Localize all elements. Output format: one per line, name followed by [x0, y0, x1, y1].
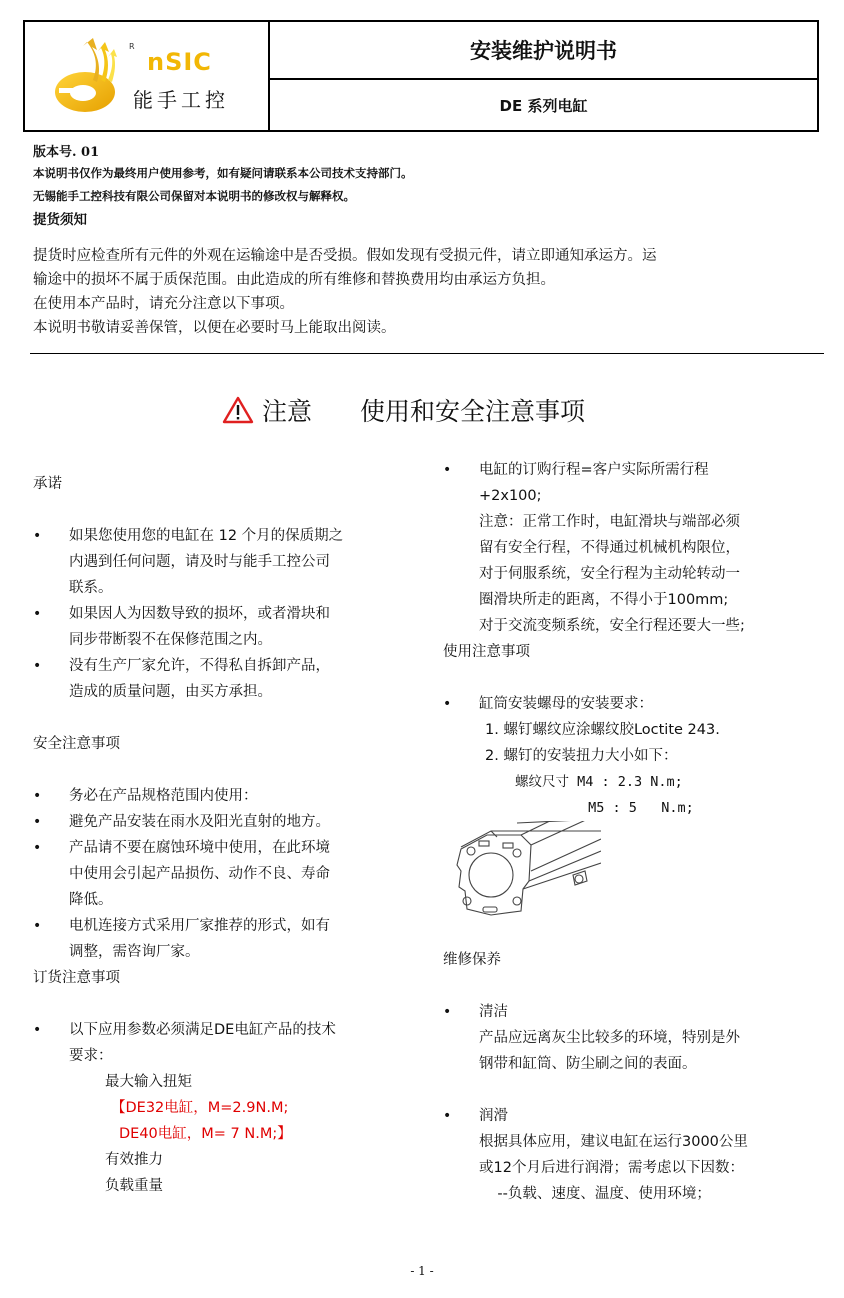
- rights-notice: 无锡能手工控科技有限公司保留对本说明书的修改权与解释权。: [33, 188, 355, 204]
- item-line: 电缸的订购行程=客户实际所需行程: [479, 457, 833, 483]
- section-divider: [30, 353, 824, 354]
- item-line: 要求：: [69, 1043, 403, 1069]
- list-item: • 如果因人为因数导致的损坏，或者滑块和 同步带断裂不在保修范围之内。: [33, 601, 403, 653]
- list-item: • 没有生产厂家允许，不得私自拆卸产品， 造成的质量问题，由买方承担。: [33, 653, 403, 705]
- bullet-icon: •: [443, 691, 451, 717]
- item-line: 产品应远离灰尘比较多的环境，特别是外: [479, 1025, 833, 1051]
- warning-triangle-icon: [222, 396, 254, 424]
- bullet-icon: •: [33, 835, 41, 861]
- torque-row-m5: M5 : 5 N.m;: [479, 795, 833, 821]
- item-line: 务必在产品规格范围内使用：: [69, 783, 403, 809]
- list-item: • 润滑 根据具体应用，建议电缸在运行3000公里 或12个月后进行润滑；需考虑…: [443, 1103, 833, 1207]
- brand-chinese-name: 能手工控: [133, 84, 229, 113]
- item-line: 钢带和缸筒、防尘刷之间的表面。: [479, 1051, 833, 1077]
- item-line: 造成的质量问题，由买方承担。: [69, 679, 403, 705]
- bullet-icon: •: [33, 1017, 41, 1043]
- item-line: 没有生产厂家允许，不得私自拆卸产品，: [69, 653, 403, 679]
- item-line: 以下应用参数必须满足DE电缸产品的技术: [69, 1017, 403, 1043]
- document-subtitle: DE 系列电缸: [270, 80, 817, 130]
- torque-row-m4: 螺纹尺寸 M4 : 2.3 N.m;: [479, 769, 833, 795]
- safety-heading: 安全注意事项: [33, 731, 403, 757]
- list-item: • 以下应用参数必须满足DE电缸产品的技术 要求：: [33, 1017, 403, 1069]
- bullet-icon: •: [443, 1103, 451, 1129]
- item-line: 避免产品安装在雨水及阳光直射的地方。: [69, 809, 403, 835]
- item-line: 对于伺服系统，安全行程为主动轮转动一: [479, 561, 833, 587]
- list-item: • 产品请不要在腐蚀环境中使用，在此环境 中使用会引起产品损伤、动作不良、寿命 …: [33, 835, 403, 913]
- logo-cell: R nSIC 能手工控: [25, 22, 270, 130]
- document-title: 安装维护说明书: [270, 22, 817, 80]
- pickup-line: 本说明书敬请妥善保管，以便在必要时马上能取出阅读。: [33, 316, 823, 340]
- item-line: 或12个月后进行润滑；需考虑以下因数：: [479, 1155, 833, 1181]
- torque-value-de32: 【DE32电缸，M=2.9N.M;: [33, 1095, 403, 1121]
- brand-logo-text: nSIC: [147, 48, 212, 76]
- pickup-line: 输途中的损坏不属于质保范围。由此造成的所有维修和替换费用均由承运方负担。: [33, 268, 823, 292]
- bullet-icon: •: [33, 601, 41, 627]
- maintenance-heading: 维修保养: [443, 947, 833, 973]
- item-line: 缸筒安装螺母的安装要求：: [479, 691, 833, 717]
- bullet-icon: •: [33, 913, 41, 939]
- item-line: 如果因人为因数导致的损坏，或者滑块和: [69, 601, 403, 627]
- item-title: 润滑: [479, 1103, 833, 1129]
- logo-mark-icon: [53, 36, 133, 116]
- item-line: --负载、速度、温度、使用环境；: [479, 1181, 833, 1207]
- item-line: 根据具体应用，建议电缸在运行3000公里: [479, 1129, 833, 1155]
- pickup-line: 在使用本产品时，请充分注意以下事项。: [33, 292, 823, 316]
- left-column: 承诺 • 如果您使用您的电缸在 12 个月的保质期之 内遇到任何问题，请及时与能…: [33, 471, 403, 1199]
- right-column: • 电缸的订购行程=客户实际所需行程 +2x100; 注意：正常工作时，电缸滑块…: [443, 457, 833, 1207]
- bullet-icon: •: [33, 783, 41, 809]
- item-line: 内遇到任何问题，请及时与能手工控公司: [69, 549, 403, 575]
- max-torque-label: 最大输入扭矩: [33, 1069, 403, 1095]
- caution-label: 注意: [262, 392, 312, 428]
- item-line: 同步带断裂不在保修范围之内。: [69, 627, 403, 653]
- bullet-icon: •: [33, 653, 41, 679]
- list-item: • 缸筒安装螺母的安装要求： 1. 螺钉螺纹应涂螺纹胶Loctite 243. …: [443, 691, 833, 821]
- usage-notice: 本说明书仅作为最终用户使用参考，如有疑问请联系本公司技术支持部门。: [33, 165, 413, 181]
- item-line: 电机连接方式采用厂家推荐的形式，如有: [69, 913, 403, 939]
- header-table: R nSIC 能手工控 安装维护说明书 DE 系列电缸: [23, 20, 819, 132]
- item-title: 清洁: [479, 999, 833, 1025]
- pickup-heading: 提货须知: [33, 208, 87, 228]
- item-line: 如果您使用您的电缸在 12 个月的保质期之: [69, 523, 403, 549]
- caution-heading: 注意 使用和安全注意事项: [222, 392, 585, 428]
- torque-value-de40: DE40电缸，M= 7 N.M;】: [33, 1121, 403, 1147]
- promise-heading: 承诺: [33, 471, 403, 497]
- list-item: • 如果您使用您的电缸在 12 个月的保质期之 内遇到任何问题，请及时与能手工控…: [33, 523, 403, 601]
- bullet-icon: •: [443, 457, 451, 483]
- usage-heading: 使用注意事项: [443, 639, 833, 665]
- item-line: 中使用会引起产品损伤、动作不良、寿命: [69, 861, 403, 887]
- caution-title: 使用和安全注意事项: [360, 392, 585, 428]
- registered-mark: R: [129, 42, 135, 51]
- item-line: 调整，需咨询厂家。: [69, 939, 403, 965]
- list-item: • 电缸的订购行程=客户实际所需行程 +2x100; 注意：正常工作时，电缸滑块…: [443, 457, 833, 639]
- list-item: • 清洁 产品应远离灰尘比较多的环境，特别是外 钢带和缸筒、防尘刷之间的表面。: [443, 999, 833, 1077]
- item-line: 产品请不要在腐蚀环境中使用，在此环境: [69, 835, 403, 861]
- load-weight-label: 负载重量: [33, 1173, 403, 1199]
- bullet-icon: •: [33, 523, 41, 549]
- effective-thrust-label: 有效推力: [33, 1147, 403, 1173]
- page-number: - 1 -: [0, 1264, 844, 1278]
- cylinder-profile-illustration: [451, 821, 601, 921]
- bullet-icon: •: [443, 999, 451, 1025]
- pickup-line: 提货时应检查所有元件的外观在运输途中是否受损。假如发现有受损元件，请立即通知承运…: [33, 244, 823, 268]
- item-line: 降低。: [69, 887, 403, 913]
- ordering-heading: 订货注意事项: [33, 965, 403, 991]
- list-item: • 务必在产品规格范围内使用：: [33, 783, 403, 809]
- item-line: 联系。: [69, 575, 403, 601]
- item-line: 留有安全行程，不得通过机械机构限位，: [479, 535, 833, 561]
- item-line: 圈滑块所走的距离，不得小于100mm;: [479, 587, 833, 613]
- item-line: +2x100;: [479, 483, 833, 509]
- item-line: 对于交流变频系统，安全行程还要大一些;: [479, 613, 833, 639]
- version-number: 版本号. 01: [33, 141, 99, 160]
- list-item: • 避免产品安装在雨水及阳光直射的地方。: [33, 809, 403, 835]
- item-line: 注意：正常工作时，电缸滑块与端部必须: [479, 509, 833, 535]
- step-line: 1. 螺钉螺纹应涂螺纹胶Loctite 243.: [479, 717, 833, 743]
- bullet-icon: •: [33, 809, 41, 835]
- step-line: 2. 螺钉的安装扭力大小如下：: [479, 743, 833, 769]
- list-item: • 电机连接方式采用厂家推荐的形式，如有 调整，需咨询厂家。: [33, 913, 403, 965]
- pickup-paragraph: 提货时应检查所有元件的外观在运输途中是否受损。假如发现有受损元件，请立即通知承运…: [33, 244, 823, 340]
